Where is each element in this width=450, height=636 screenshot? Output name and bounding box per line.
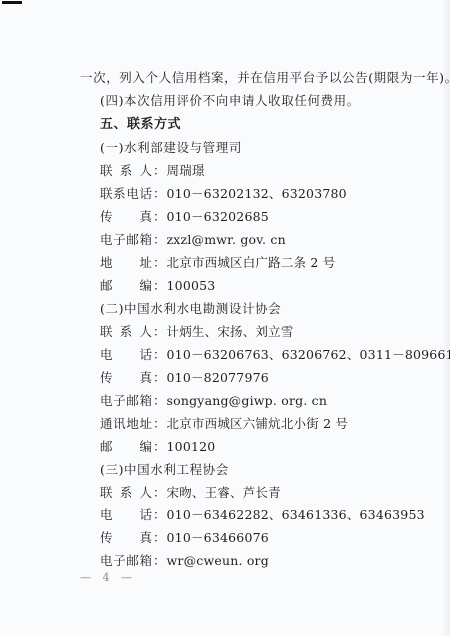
field-label: 邮编 [100, 278, 152, 294]
field-label: 联系人 [100, 485, 152, 501]
field-label: 联系人 [100, 324, 152, 340]
contact-title-ministry: (一)水利部建设与管理司 [100, 140, 242, 156]
page-number: — 4 — [80, 571, 136, 584]
contact-field-email: 电子邮箱 ：wr@cweun. org [100, 553, 269, 569]
section-heading-contact: 五、联系方式 [100, 117, 181, 133]
contact-field-person: 联系人 ：周瑞璟 [100, 163, 205, 179]
contact-field-phone: 电话 ：010－63206763、63206762、0311－80966113 [100, 347, 450, 363]
field-label: 联系电话 [100, 186, 152, 202]
contact-field-postcode: 邮编 ：100120 [100, 439, 215, 455]
paragraph-continuation: 一次，列入个人信用档案，并在信用平台予以公告(期限为一年)。 [80, 70, 450, 86]
contact-field-address: 地址 ：北京市西城区白广路二条 2 号 [100, 255, 335, 271]
field-value: 010－63466076 [167, 530, 269, 545]
field-label: 传真 [100, 209, 152, 225]
contact-field-fax: 传真 ：010－63466076 [100, 530, 269, 546]
field-value: 010－63206763、63206762、0311－80966113 [167, 347, 450, 362]
field-label: 联系人 [100, 163, 152, 179]
field-label: 电子邮箱 [100, 393, 152, 409]
contact-field-postcode: 邮编 ：100053 [100, 278, 215, 294]
contact-field-person: 联系人 ：计炳生、宋扬、刘立雪 [100, 324, 294, 340]
field-label: 传真 [100, 530, 152, 546]
email-link[interactable]: zxzl@mwr. gov. cn [167, 232, 286, 247]
contact-field-email: 电子邮箱 ：zxzl@mwr. gov. cn [100, 232, 286, 248]
field-value: 北京市西城区白广路二条 2 号 [167, 255, 336, 270]
field-label: 电话 [100, 507, 152, 523]
field-label: 地址 [100, 255, 152, 271]
contact-field-fax: 传真 ：010－63202685 [100, 209, 269, 225]
field-label: 邮编 [100, 439, 152, 455]
field-value: 010－63202685 [167, 209, 269, 224]
field-label: 传真 [100, 370, 152, 386]
paragraph-fee-notice: (四)本次信用评价不向申请人收取任何费用。 [100, 93, 360, 109]
field-value: 010－63202132、63203780 [167, 186, 347, 201]
email-link[interactable]: songyang@giwp. org. cn [167, 393, 328, 408]
contact-field-phone: 联系电话 ：010－63202132、63203780 [100, 186, 347, 202]
contact-field-phone: 电话 ：010－63462282、63461336、63463953 [100, 507, 425, 523]
contact-field-fax: 传真 ：010－82077976 [100, 370, 269, 386]
contact-field-person: 联系人 ：宋昒、王睿、芦长青 [100, 485, 281, 501]
contact-field-email: 电子邮箱 ：songyang@giwp. org. cn [100, 393, 327, 409]
field-value: 计炳生、宋扬、刘立雪 [167, 324, 294, 339]
field-label: 通讯地址 [100, 416, 152, 432]
field-label: 电子邮箱 [100, 553, 152, 569]
field-value: 宋昒、王睿、芦长青 [167, 485, 281, 500]
field-value: 100120 [167, 439, 216, 454]
field-value: 010－63462282、63461336、63463953 [167, 507, 425, 522]
field-label: 电子邮箱 [100, 232, 152, 248]
field-value: 010－82077976 [167, 370, 269, 385]
email-link[interactable]: wr@cweun. org [167, 553, 269, 568]
contact-field-address: 通讯地址 ：北京市西城区六铺炕北小街 2 号 [100, 416, 348, 432]
field-value: 北京市西城区六铺炕北小街 2 号 [167, 416, 349, 431]
contact-title-engineering-association: (三)中国水利工程协会 [100, 462, 229, 478]
field-value: 周瑞璟 [167, 163, 205, 178]
document-page: 一次，列入个人信用档案，并在信用平台予以公告(期限为一年)。 (四)本次信用评价… [0, 0, 450, 636]
field-value: 100053 [167, 278, 216, 293]
contact-title-survey-association: (二)中国水利水电勘测设计协会 [100, 301, 281, 317]
field-label: 电话 [100, 347, 152, 363]
